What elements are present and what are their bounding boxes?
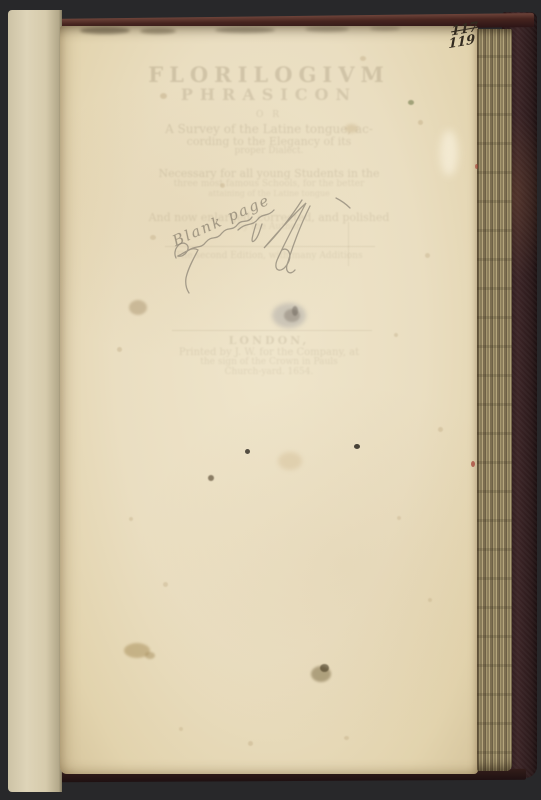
flyleaf-page-edge [8, 10, 62, 792]
text-block-fore-edge [477, 29, 512, 771]
blank-book-page [60, 26, 478, 774]
foliation-numbers: 117 119 [450, 22, 481, 50]
book-photograph: FLORILOGIVMPHRASICONO RA Survey of the L… [0, 0, 541, 800]
